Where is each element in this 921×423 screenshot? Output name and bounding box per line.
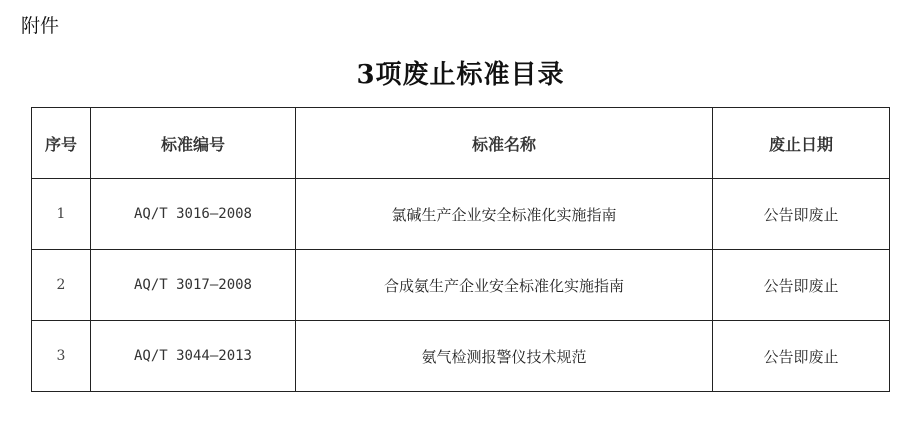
table-row: 1 AQ/T 3016—2008 氯碱生产企业安全标准化实施指南 公告即废止 bbox=[32, 179, 890, 250]
cell-index: 2 bbox=[32, 250, 91, 321]
abolished-standards-table: 序号 标准编号 标准名称 废止日期 1 AQ/T 3016—2008 氯碱生产企… bbox=[31, 107, 890, 392]
cell-index: 1 bbox=[32, 179, 91, 250]
cell-name: 氨气检测报警仪技术规范 bbox=[296, 321, 713, 392]
cell-code: AQ/T 3016—2008 bbox=[91, 179, 296, 250]
cell-abolish-date: 公告即废止 bbox=[713, 179, 890, 250]
cell-code: AQ/T 3017—2008 bbox=[91, 250, 296, 321]
table-row: 2 AQ/T 3017—2008 合成氨生产企业安全标准化实施指南 公告即废止 bbox=[32, 250, 890, 321]
attachment-label: 附件 bbox=[21, 11, 59, 38]
cell-name: 氯碱生产企业安全标准化实施指南 bbox=[296, 179, 713, 250]
document-title: 3项废止标准目录 bbox=[0, 54, 921, 91]
table-row: 3 AQ/T 3044—2013 氨气检测报警仪技术规范 公告即废止 bbox=[32, 321, 890, 392]
cell-abolish-date: 公告即废止 bbox=[713, 321, 890, 392]
header-name: 标准名称 bbox=[296, 108, 713, 179]
cell-index: 3 bbox=[32, 321, 91, 392]
header-code: 标准编号 bbox=[91, 108, 296, 179]
table-header-row: 序号 标准编号 标准名称 废止日期 bbox=[32, 108, 890, 179]
cell-code: AQ/T 3044—2013 bbox=[91, 321, 296, 392]
header-abolish-date: 废止日期 bbox=[713, 108, 890, 179]
cell-name: 合成氨生产企业安全标准化实施指南 bbox=[296, 250, 713, 321]
cell-abolish-date: 公告即废止 bbox=[713, 250, 890, 321]
header-index: 序号 bbox=[32, 108, 91, 179]
